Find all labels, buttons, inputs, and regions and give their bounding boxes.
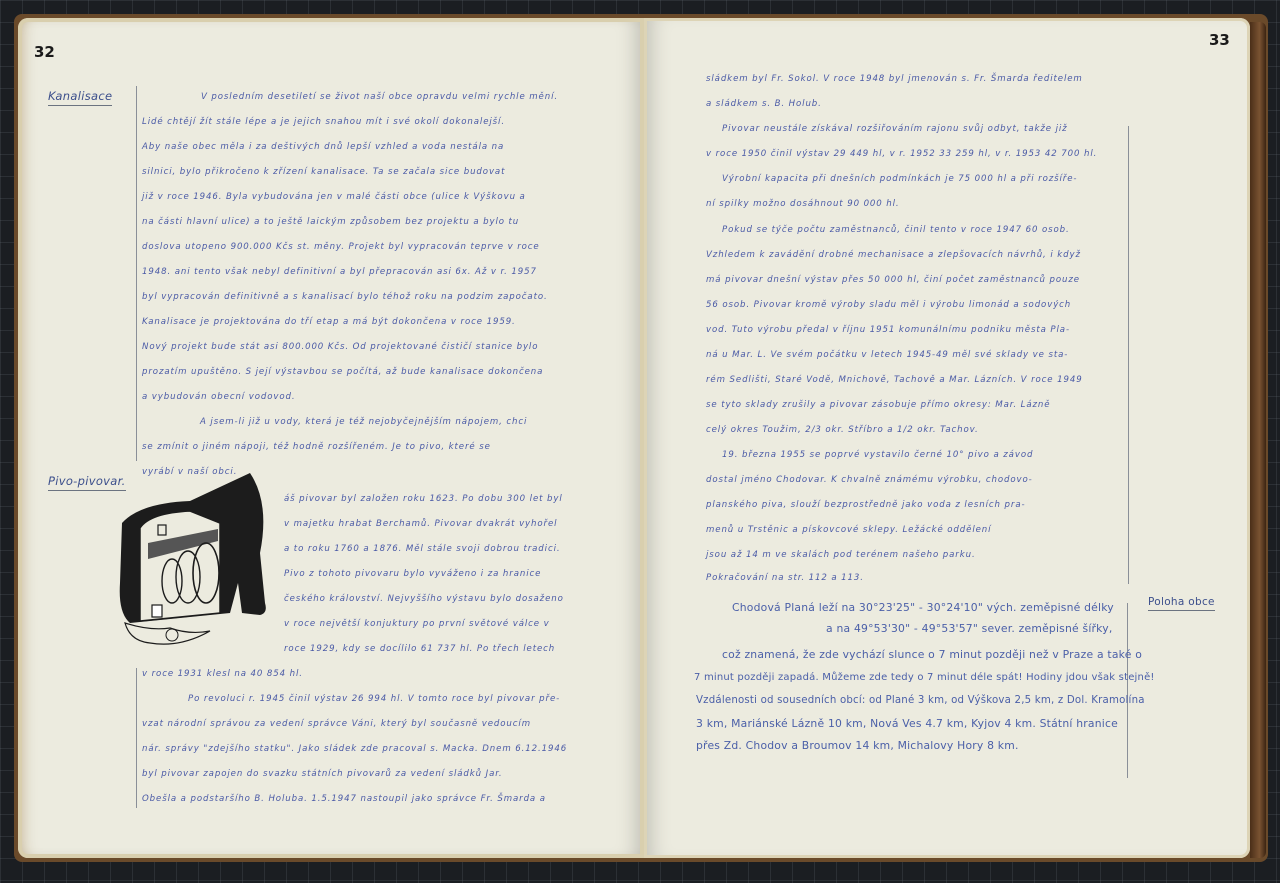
text-line: v roce největší konjuktury po první svět… [284, 619, 550, 629]
text-line: doslova utopeno 900.000 Kčs st. měny. Pr… [142, 242, 540, 252]
text-line: má pivovar dnešní výstav přes 50 000 hl,… [706, 275, 1080, 285]
text-line: ní spilky možno dosáhnout 90 000 hl. [706, 199, 900, 209]
text-line: dostal jméno Chodovar. K chvalně známému… [706, 475, 1033, 485]
cellar-initial-illustration-icon [110, 463, 280, 653]
text-line: sládkem byl Fr. Sokol. V roce 1948 byl j… [706, 74, 1083, 84]
text-line: rém Sedlišti, Staré Vodě, Mnichově, Tach… [706, 375, 1083, 385]
text-line: českého království. Nejvyššího výstavu b… [284, 594, 564, 604]
page-number-right: 33 [1209, 31, 1230, 49]
text-line: menů u Trstěnic a pískovcové sklepy. Lež… [706, 525, 991, 535]
text-line: v roce 1931 klesl na 40 854 hl. [142, 669, 303, 679]
text-line: jsou až 14 m ve skalách pod terénem naše… [706, 550, 976, 560]
book-edge [1250, 22, 1266, 858]
text-line: byl vypracován definitivně a s kanalisac… [142, 292, 548, 302]
text-line: celý okres Toužim, 2/3 okr. Stříbro a 1/… [706, 425, 979, 435]
text-line: na části hlavní ulice) a to ještě laický… [142, 217, 519, 227]
text-line: roce 1929, kdy se docílilo 61 737 hl. Po… [284, 644, 555, 654]
text-line: vzat národní správou za vedení správce V… [142, 719, 531, 729]
text-line: 1948. ani tento však nebyl definitivní a… [142, 267, 537, 277]
margin-rule [1127, 603, 1128, 778]
text-line: a sládkem s. B. Holub. [706, 99, 822, 109]
text-line: a vybudován obecní vodovod. [142, 392, 296, 402]
margin-rule [136, 86, 137, 461]
text-line: Obešla a podstaršího B. Holuba. 1.5.1947… [142, 794, 546, 804]
text-line: Pokračování na str. 112 a 113. [706, 573, 864, 583]
text-line: Po revoluci r. 1945 činil výstav 26 994 … [188, 694, 560, 704]
location-line: 3 km, Mariánské Lázně 10 km, Nová Ves 4.… [696, 717, 1118, 730]
text-line: ná u Mar. L. Ve svém počátku v letech 19… [706, 350, 1068, 360]
margin-rule [136, 668, 137, 808]
text-line: V posledním desetiletí se život naší obc… [201, 92, 558, 102]
text-line: 19. března 1955 se poprvé vystavilo čern… [722, 450, 1033, 460]
location-line: přes Zd. Chodov a Broumov 14 km, Michalo… [696, 739, 1019, 752]
location-line: Vzdálenosti od sousedních obcí: od Plané… [696, 695, 1145, 706]
text-line: byl pivovar zapojen do svazku státních p… [142, 769, 503, 779]
text-line: se zmínit o jiném nápoji, též hodně rozš… [142, 442, 491, 452]
text-line: již v roce 1946. Byla vybudována jen v m… [142, 192, 526, 202]
text-line: Výrobní kapacita při dnešních podmínkách… [722, 174, 1077, 184]
text-line: Nový projekt bude stát asi 800.000 Kčs. … [142, 342, 538, 352]
text-line: 56 osob. Pivovar kromě výroby sladu měl … [706, 300, 1071, 310]
location-line: a na 49°53'30" - 49°53'57" sever. zeměpi… [826, 622, 1112, 635]
text-line: v majetku hrabat Berchamů. Pivovar dvakr… [284, 519, 557, 529]
location-line: Chodová Planá leží na 30°23'25" - 30°24'… [732, 601, 1114, 614]
text-line: Pokud se týče počtu zaměstnanců, činil t… [722, 225, 1070, 235]
heading-poloha-obce: Poloha obce [1148, 596, 1215, 611]
page-number-left: 32 [34, 43, 55, 61]
text-line: prozatím upuštěno. S její výstavbou se p… [142, 367, 543, 377]
margin-rule [1128, 126, 1129, 584]
location-line: 7 minut později zapadá. Můžeme zde tedy … [694, 672, 1155, 683]
text-line: se tyto sklady zrušily a pivovar zásobuj… [706, 400, 1050, 410]
text-line: Lidé chtějí žít stále lépe a je jejich s… [142, 117, 505, 127]
text-line: planského piva, slouží bezprostředně jak… [706, 500, 1025, 510]
text-line: nár. správy "zdejšího statku". Jako slád… [142, 744, 567, 754]
text-line: silnici, bylo přikročeno k zřízení kanal… [142, 167, 505, 177]
text-line: A jsem-li již u vody, která je též nejob… [200, 417, 527, 427]
right-page: 33 sládkem byl Fr. Sokol. V roce 1948 by… [644, 18, 1250, 858]
text-line: Kanalisace je projektována do tří etap a… [142, 317, 516, 327]
heading-kanalisace: Kanalisace [48, 89, 112, 106]
text-line: Aby naše obec měla i za deštivých dnů le… [142, 142, 504, 152]
text-line: Pivo z tohoto pivovaru bylo vyváženo i z… [284, 569, 541, 579]
text-line: Pivovar neustále získával rozšiřováním r… [722, 124, 1068, 134]
location-line: což znamená, že zde vychází slunce o 7 m… [722, 648, 1142, 661]
text-line: áš pivovar byl založen roku 1623. Po dob… [284, 494, 563, 504]
left-page: 32 Kanalisace V posledním desetiletí se … [18, 18, 644, 858]
text-line: Vzhledem k zavádění drobné mechanisace a… [706, 250, 1081, 260]
text-line: v roce 1950 činil výstav 29 449 hl, v r.… [706, 149, 1097, 159]
text-line: a to roku 1760 a 1876. Měl stále svoji d… [284, 544, 561, 554]
text-line: vod. Tuto výrobu předal v říjnu 1951 kom… [706, 325, 1070, 335]
